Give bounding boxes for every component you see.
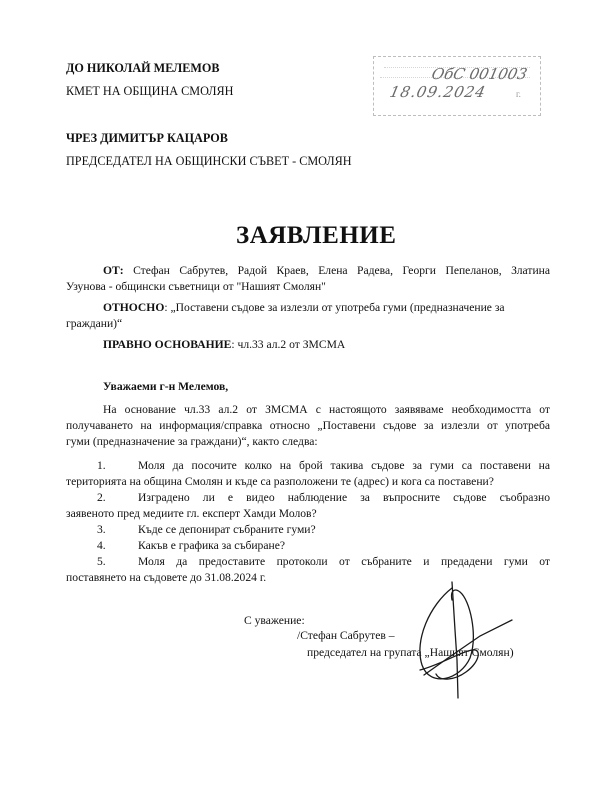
legal-basis-value: : чл.33 ал.2 от ЗМСМА [231, 338, 345, 351]
request-text-cont: територията на община Смолян и къде са р… [66, 475, 494, 488]
request-number: 5. [97, 555, 106, 568]
stamp-date-suffix: г. [516, 89, 521, 99]
addressee-title: КМЕТ НА ОБЩИНА СМОЛЯН [66, 84, 233, 99]
request-text-cont: заявеното пред медиите гл. експерт Хамди… [66, 507, 317, 520]
legal-basis: ПРАВНО ОСНОВАНИЕ: чл.33 ал.2 от ЗМСМА [103, 338, 345, 351]
request-number: 3. [97, 523, 106, 536]
signer-name: /Стефан Сабрутев – [297, 629, 395, 642]
intro-line-1-text: На основание чл.33 ал.2 от ЗМСМА с насто… [103, 403, 550, 416]
closing-regards: С уважение: [244, 614, 305, 627]
subject-line-2: граждани)“ [66, 317, 122, 330]
greeting: Уважаеми г-н Мелемов, [103, 380, 228, 393]
from-line-1: ОТ: Стефан Сабрутев, Радой Краев, Елена … [103, 264, 550, 277]
document-title: ЗАЯВЛЕНИЕ [236, 222, 396, 250]
request-text: Къде се депонират събраните гуми? [138, 523, 316, 536]
request-text: Изградено ли е видео наблюдение за въпро… [138, 491, 550, 504]
subject-label: ОТНОСНО [103, 301, 164, 314]
request-item: Моля да предоставите протоколи от събран… [138, 555, 550, 568]
stamp-reg-number: ОбС 001003 [430, 65, 529, 83]
request-item: Изградено ли е видео наблюдение за въпро… [138, 491, 550, 504]
signature [400, 570, 540, 700]
subject-text: : „Поставени съдове за излезли от употре… [164, 301, 504, 314]
request-item: Моля да посочите колко на брой такива съ… [138, 459, 550, 472]
intro-line-2-text: получаването на информация/справка относ… [66, 419, 550, 432]
request-text: Моля да посочите колко на брой такива съ… [138, 459, 550, 472]
request-text: Какъв е графика за събиране? [138, 539, 285, 552]
legal-basis-label: ПРАВНО ОСНОВАНИЕ [103, 338, 231, 351]
from-label: ОТ: [103, 264, 124, 277]
request-text-cont: поставянето на съдовете до 31.08.2024 г. [66, 571, 266, 584]
subject: ОТНОСНО: „Поставени съдове за излезли от… [103, 301, 505, 314]
request-number: 4. [97, 539, 106, 552]
via-name: ЧРЕЗ ДИМИТЪР КАЦАРОВ [66, 131, 228, 146]
from-line-2: Узунова - общински съветници от "Нашият … [66, 280, 326, 293]
addressee-name: ДО НИКОЛАЙ МЕЛЕМОВ [66, 61, 219, 76]
registration-stamp: ОбС 001003 18.09.2024 г. [373, 56, 541, 116]
stamp-date: 18.09.2024 [388, 83, 488, 101]
request-text: Моля да предоставите протоколи от събран… [138, 555, 550, 568]
intro-line-3: гуми (предназначение за граждани)“, какт… [66, 435, 318, 448]
from-text: Стефан Сабрутев, Радой Краев, Елена Раде… [133, 264, 550, 277]
intro-line-2: получаването на информация/справка относ… [66, 419, 550, 432]
request-number: 2. [97, 491, 106, 504]
intro-line-1: На основание чл.33 ал.2 от ЗМСМА с насто… [103, 403, 550, 416]
request-number: 1. [97, 459, 106, 472]
via-title: ПРЕДСЕДАТЕЛ НА ОБЩИНСКИ СЪВЕТ - СМОЛЯН [66, 154, 352, 169]
